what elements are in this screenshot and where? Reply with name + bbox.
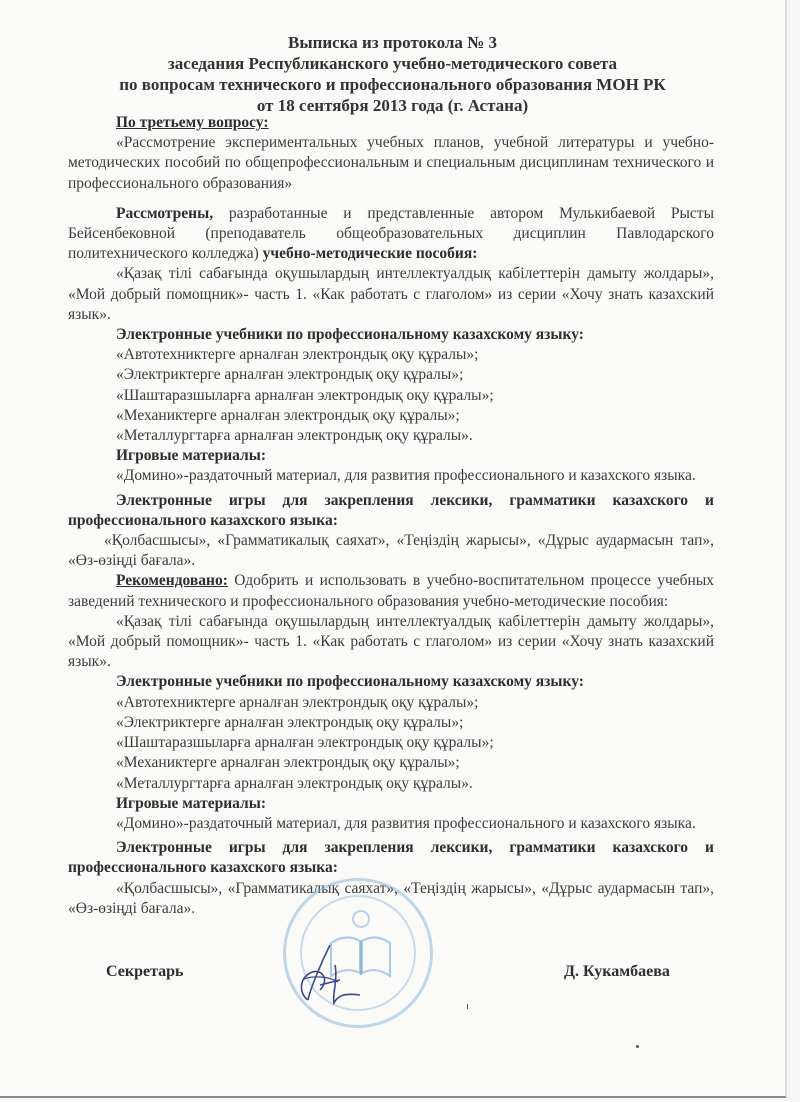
recommended-egames-heading: Электронные игры для закрепления лексики… [68, 838, 714, 878]
header-council: заседания Республиканского учебно-методи… [0, 53, 785, 74]
handwritten-signature [290, 935, 370, 1010]
scan-mark [467, 1004, 468, 1009]
reviewed-games-heading: Игровые материалы: [68, 446, 714, 466]
recommended-games-text: «Домино»-раздаточный материал, для разви… [68, 814, 714, 834]
document-page: Выписка из протокола № 3 заседания Респу… [0, 0, 787, 1098]
secretary-name: Д. Кукамбаева [564, 963, 670, 981]
reviewed-tail: учебно-методические пособия: [263, 245, 478, 262]
question-text: «Рассмотрение экспериментальных учебных … [68, 133, 714, 194]
scan-speck [636, 1045, 639, 1048]
reviewed-paragraph: Рассмотрены, разработанные и представлен… [68, 204, 714, 265]
reviewed-egames-heading: Электронные игры для закрепления лексики… [68, 491, 714, 531]
reviewed-lead: Рассмотрены, [116, 205, 213, 222]
reviewed-ebooks-list: «Автотехниктерге арналған электрондық оқ… [68, 345, 714, 446]
document-body: По третьему вопросу: «Рассмотрение экспе… [68, 113, 714, 919]
list-item: «Механиктерге арналған электрондық оқу қ… [68, 406, 714, 426]
document-header: Выписка из протокола № 3 заседания Респу… [0, 32, 785, 116]
reviewed-ebooks-heading: Электронные учебники по профессиональном… [68, 325, 714, 345]
list-item: «Автотехниктерге арналған электрондық оқ… [68, 693, 714, 713]
list-item: «Электриктерге арналған электрондық оқу … [68, 365, 714, 385]
recommended-lead: Рекомендовано: [116, 572, 228, 589]
list-item: «Металлургтарға арналған электрондық оқу… [68, 426, 714, 446]
list-item: «Металлургтарға арналған электрондық оқу… [68, 774, 714, 794]
reviewed-egames-text: «Қолбасшысы», «Грамматикалық саяхат», «Т… [68, 531, 714, 571]
list-item: «Автотехниктерге арналған электрондық оқ… [68, 345, 714, 365]
reviewed-manuals: «Қазақ тілі сабағында оқушылардың интелл… [68, 264, 714, 325]
header-subject: по вопросам технического и профессиональ… [0, 74, 785, 95]
list-item: «Механиктерге арналған электрондық оқу қ… [68, 753, 714, 773]
recommended-ebooks-list: «Автотехниктерге арналған электрондық оқ… [68, 693, 714, 794]
question-label: По третьему вопросу: [68, 113, 714, 133]
recommended-paragraph: Рекомендовано: Одобрить и использовать в… [68, 571, 714, 611]
list-item: «Электриктерге арналған электрондық оқу … [68, 713, 714, 733]
header-title: Выписка из протокола № 3 [0, 32, 785, 53]
recommended-games-heading: Игровые материалы: [68, 794, 714, 814]
list-item: «Шаштаразшыларға арналған электрондық оқ… [68, 733, 714, 753]
recommended-manuals: «Қазақ тілі сабағында оқушылардың интелл… [68, 612, 714, 673]
secretary-label: Секретарь [106, 963, 183, 981]
reviewed-games-text: «Домино»-раздаточный материал, для разви… [68, 466, 714, 486]
recommended-ebooks-heading: Электронные учебники по профессиональном… [68, 672, 714, 692]
list-item: «Шаштаразшыларға арналған электрондық оқ… [68, 386, 714, 406]
